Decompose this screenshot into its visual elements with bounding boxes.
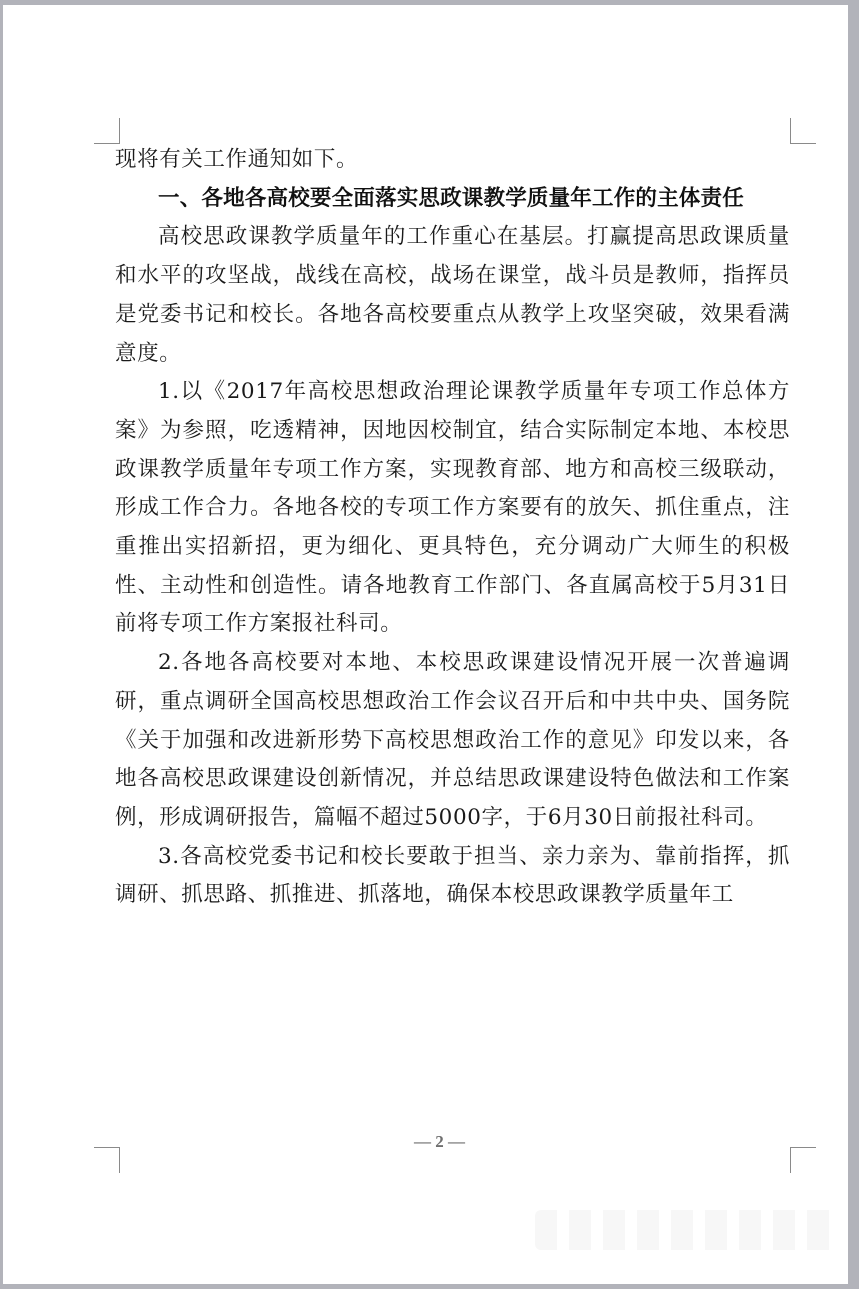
paragraph-intro: 高校思政课教学质量年的工作重心在基层。打赢提高思政课质量和水平的攻坚战，战线在高… xyxy=(115,218,790,373)
paragraph-item-2: 2.各地各高校要对本地、本校思政课建设情况开展一次普遍调研，重点调研全国高校思想… xyxy=(115,644,790,838)
paragraph-continuation: 现将有关工作通知如下。 xyxy=(115,141,790,180)
document-body: 现将有关工作通知如下。 一、各地各高校要全面落实思政课教学质量年工作的主体责任 … xyxy=(115,141,790,915)
section-heading: 一、各地各高校要全面落实思政课教学质量年工作的主体责任 xyxy=(115,180,790,219)
page-number: — 2 — xyxy=(414,1132,465,1152)
corner-mark-top-right xyxy=(790,118,816,144)
faint-watermark xyxy=(535,1210,835,1250)
page-number-footer: — 2 — xyxy=(0,1132,859,1152)
paragraph-item-3: 3.各高校党委书记和校长要敢于担当、亲力亲为、靠前指挥，抓调研、抓思路、抓推进、… xyxy=(115,838,790,915)
paragraph-item-1: 1.以《2017年高校思想政治理论课教学质量年专项工作总体方案》为参照，吃透精神… xyxy=(115,373,790,644)
